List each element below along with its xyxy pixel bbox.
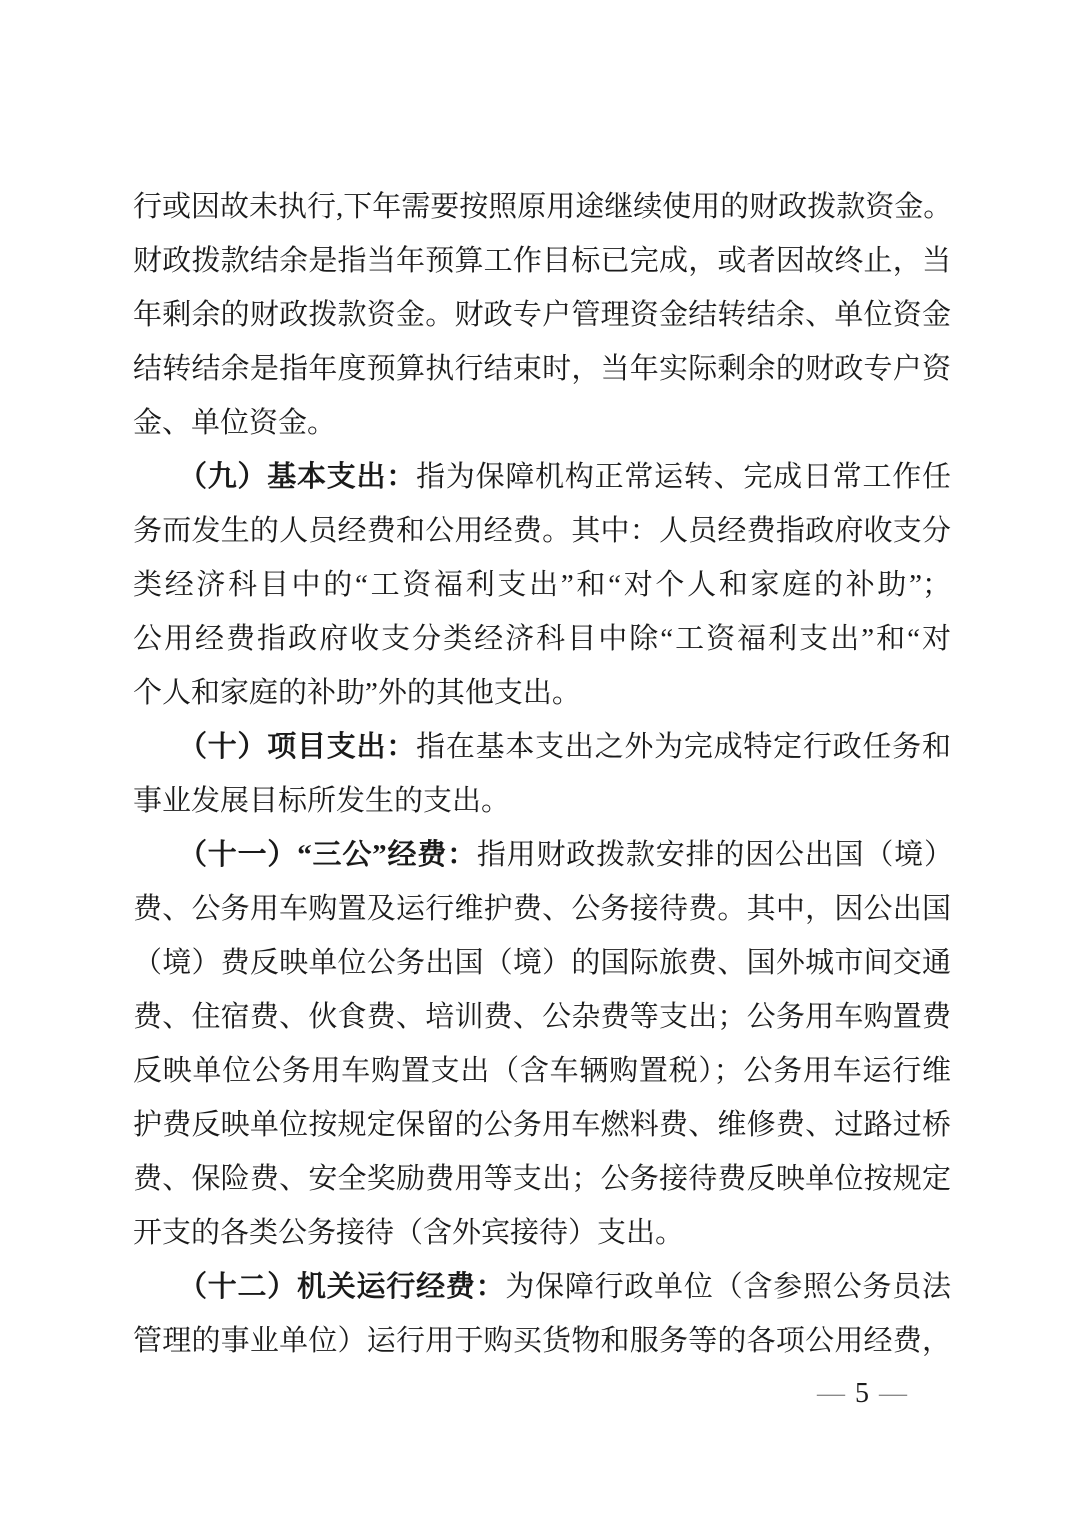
text-run: 个人和家庭的补助”外的其他支出。 [133,677,581,709]
page-footer: —5— [807,1374,917,1414]
text-run: 事业发展目标所发生的支出。 [133,785,510,817]
text-run: 反映单位公务用车购置支出（含车辆购置税）；公务用车运行维 [133,1055,951,1087]
text-run: 指在基本支出之外为完成特定行政任务和 [416,731,951,763]
text-line: 费、公务用车购置及运行维护费、公务接待费。其中，因公出国 [133,882,951,936]
text-run: 行或因故未执行,下年需要按照原用途继续使用的财政拨款资金。 [133,191,952,223]
text-run: 费、保险费、安全奖励费用等支出；公务接待费反映单位按规定 [133,1163,951,1195]
section-heading-run: （十二）机关运行经费： [178,1271,505,1303]
text-line: （境）费反映单位公务出国（境）的国际旅费、国外城市间交通 [133,936,951,990]
text-run: 指用财政拨款安排的因公出国（境） [477,839,951,871]
text-line: 护费反映单位按规定保留的公务用车燃料费、维修费、过路过桥 [133,1098,951,1152]
text-line: 事业发展目标所发生的支出。 [133,774,951,828]
text-run: （境）费反映单位公务出国（境）的国际旅费、国外城市间交通 [133,947,951,979]
section-heading-run: （十）项目支出： [178,731,416,763]
text-run: 费、住宿费、伙食费、培训费、公杂费等支出；公务用车购置费 [133,1001,951,1033]
document-body: 行或因故未执行,下年需要按照原用途继续使用的财政拨款资金。财政拨款结余是指当年预… [133,180,951,1368]
text-run: 公用经费指政府收支分类经济科目中除“工资福利支出”和“对 [133,623,951,655]
para-carryover: 行或因故未执行,下年需要按照原用途继续使用的财政拨款资金。财政拨款结余是指当年预… [133,180,951,450]
section-heading-run: （九）基本支出： [178,461,416,493]
text-run: 开支的各类公务接待（含外宾接待）支出。 [133,1217,684,1249]
text-run: 务而发生的人员经费和公用经费。其中：人员经费指政府收支分 [133,515,951,547]
text-run: 为保障行政单位（含参照公务员法 [505,1271,951,1303]
para-item-10-project-expenditure: （十）项目支出：指在基本支出之外为完成特定行政任务和事业发展目标所发生的支出。 [133,720,951,828]
document-page: 行或因故未执行,下年需要按照原用途继续使用的财政拨款资金。财政拨款结余是指当年预… [0,0,1074,1520]
para-item-11-three-public-funds: （十一）“三公”经费：指用财政拨款安排的因公出国（境）费、公务用车购置及运行维护… [133,828,951,1260]
text-line: 公用经费指政府收支分类经济科目中除“工资福利支出”和“对 [133,612,951,666]
footer-right-dash: — [869,1378,917,1409]
text-line: （十一）“三公”经费：指用财政拨款安排的因公出国（境） [133,828,951,882]
text-run: 财政拨款结余是指当年预算工作目标已完成，或者因故终止，当 [133,245,951,277]
footer-left-dash: — [807,1378,855,1409]
text-run: 结转结余是指年度预算执行结束时，当年实际剩余的财政专户资 [133,353,951,385]
text-run: 年剩余的财政拨款资金。财政专户管理资金结转结余、单位资金 [133,299,951,331]
text-line: 年剩余的财政拨款资金。财政专户管理资金结转结余、单位资金 [133,288,951,342]
text-line: 结转结余是指年度预算执行结束时，当年实际剩余的财政专户资 [133,342,951,396]
text-line: 行或因故未执行,下年需要按照原用途继续使用的财政拨款资金。 [133,180,951,234]
text-line: 费、住宿费、伙食费、培训费、公杂费等支出；公务用车购置费 [133,990,951,1044]
text-line: 金、单位资金。 [133,396,951,450]
text-line: （十）项目支出：指在基本支出之外为完成特定行政任务和 [133,720,951,774]
text-line: 费、保险费、安全奖励费用等支出；公务接待费反映单位按规定 [133,1152,951,1206]
page-number: 5 [855,1378,869,1409]
text-run: 护费反映单位按规定保留的公务用车燃料费、维修费、过路过桥 [133,1109,951,1141]
text-line: 个人和家庭的补助”外的其他支出。 [133,666,951,720]
para-item-9-basic-expenditure: （九）基本支出：指为保障机构正常运转、完成日常工作任务而发生的人员经费和公用经费… [133,450,951,720]
text-run: 金、单位资金。 [133,407,336,439]
text-line: 反映单位公务用车购置支出（含车辆购置税）；公务用车运行维 [133,1044,951,1098]
text-line: 务而发生的人员经费和公用经费。其中：人员经费指政府收支分 [133,504,951,558]
text-run: 管理的事业单位）运行用于购买货物和服务等的各项公用经费， [133,1325,951,1357]
text-line: （十二）机关运行经费：为保障行政单位（含参照公务员法 [133,1260,951,1314]
text-line: 管理的事业单位）运行用于购买货物和服务等的各项公用经费， [133,1314,951,1368]
text-run: 类经济科目中的“工资福利支出”和“对个人和家庭的补助”； [133,569,951,601]
text-run: 费、公务用车购置及运行维护费、公务接待费。其中，因公出国 [133,893,951,925]
text-line: 开支的各类公务接待（含外宾接待）支出。 [133,1206,951,1260]
text-line: 类经济科目中的“工资福利支出”和“对个人和家庭的补助”； [133,558,951,612]
text-line: 财政拨款结余是指当年预算工作目标已完成，或者因故终止，当 [133,234,951,288]
para-item-12-agency-operating-funds: （十二）机关运行经费：为保障行政单位（含参照公务员法管理的事业单位）运行用于购买… [133,1260,951,1368]
section-heading-run: （十一）“三公”经费： [178,839,477,871]
text-run: 指为保障机构正常运转、完成日常工作任 [416,461,951,493]
text-line: （九）基本支出：指为保障机构正常运转、完成日常工作任 [133,450,951,504]
